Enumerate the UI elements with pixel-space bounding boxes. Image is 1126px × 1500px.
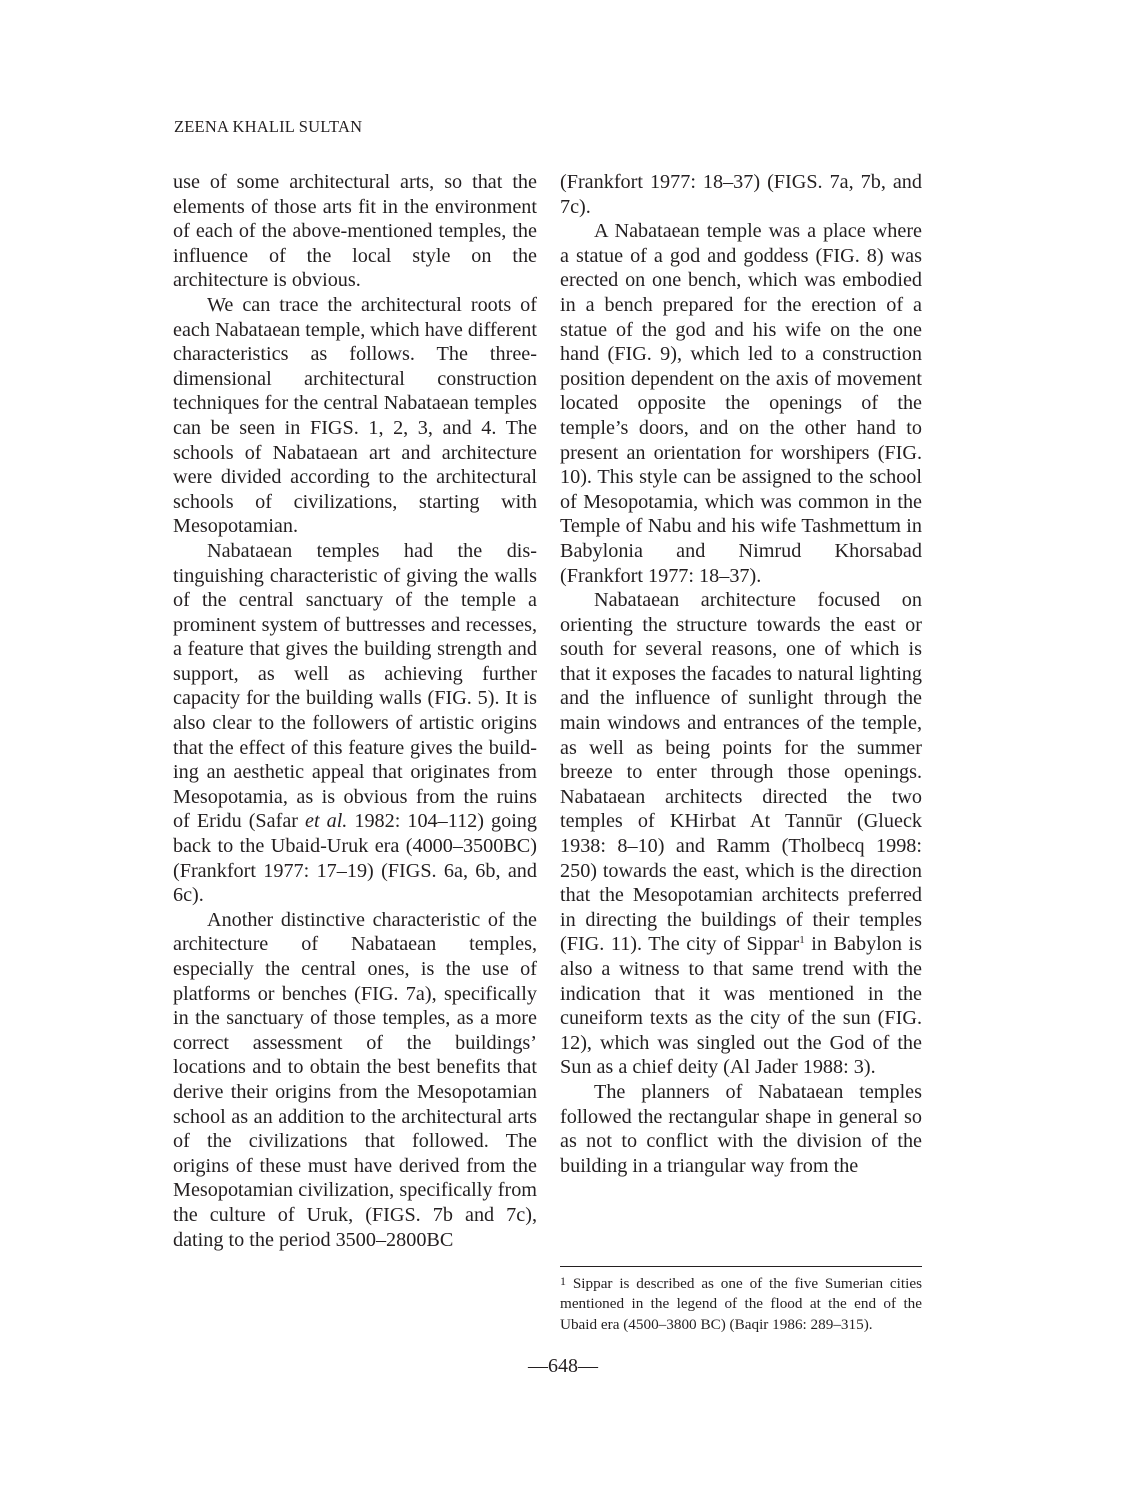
footnote-text: Sippar is described as one of the five S… — [560, 1275, 922, 1333]
paragraph: use of some architectural arts, so that … — [173, 170, 537, 293]
paragraph: Nabataean architecture focused on orient… — [560, 588, 922, 1080]
running-head-author: ZEENA KHALIL SULTAN — [174, 117, 362, 137]
document-page: ZEENA KHALIL SULTAN use of some architec… — [0, 0, 1126, 1500]
paragraph: Another distinctive characteristic of th… — [173, 908, 537, 1252]
left-column: use of some architectural arts, so that … — [173, 170, 537, 1252]
paragraph: We can trace the architectural roots of … — [173, 293, 537, 539]
paragraph: Nabataean temples had the dis­tinguishin… — [173, 539, 537, 908]
right-column: (Frankfort 1977: 18–37) (FIGS. 7a, 7b, a… — [560, 170, 922, 1178]
page-number: —648— — [0, 1355, 1126, 1378]
footnote: 1 Sippar is described as one of the five… — [560, 1271, 922, 1335]
paragraph: A Nabataean temple was a place where a s… — [560, 219, 922, 588]
paragraph-text: Nabataean architecture focused on orient… — [560, 589, 922, 955]
paragraph-text: Nabataean temples had the dis­tinguishin… — [173, 540, 537, 833]
italic-text: et al. — [305, 810, 347, 832]
paragraph: The planners of Nabataean temples follow… — [560, 1080, 922, 1178]
footnote-divider — [560, 1266, 922, 1267]
paragraph: (Frankfort 1977: 18–37) (FIGS. 7a, 7b, a… — [560, 170, 922, 219]
